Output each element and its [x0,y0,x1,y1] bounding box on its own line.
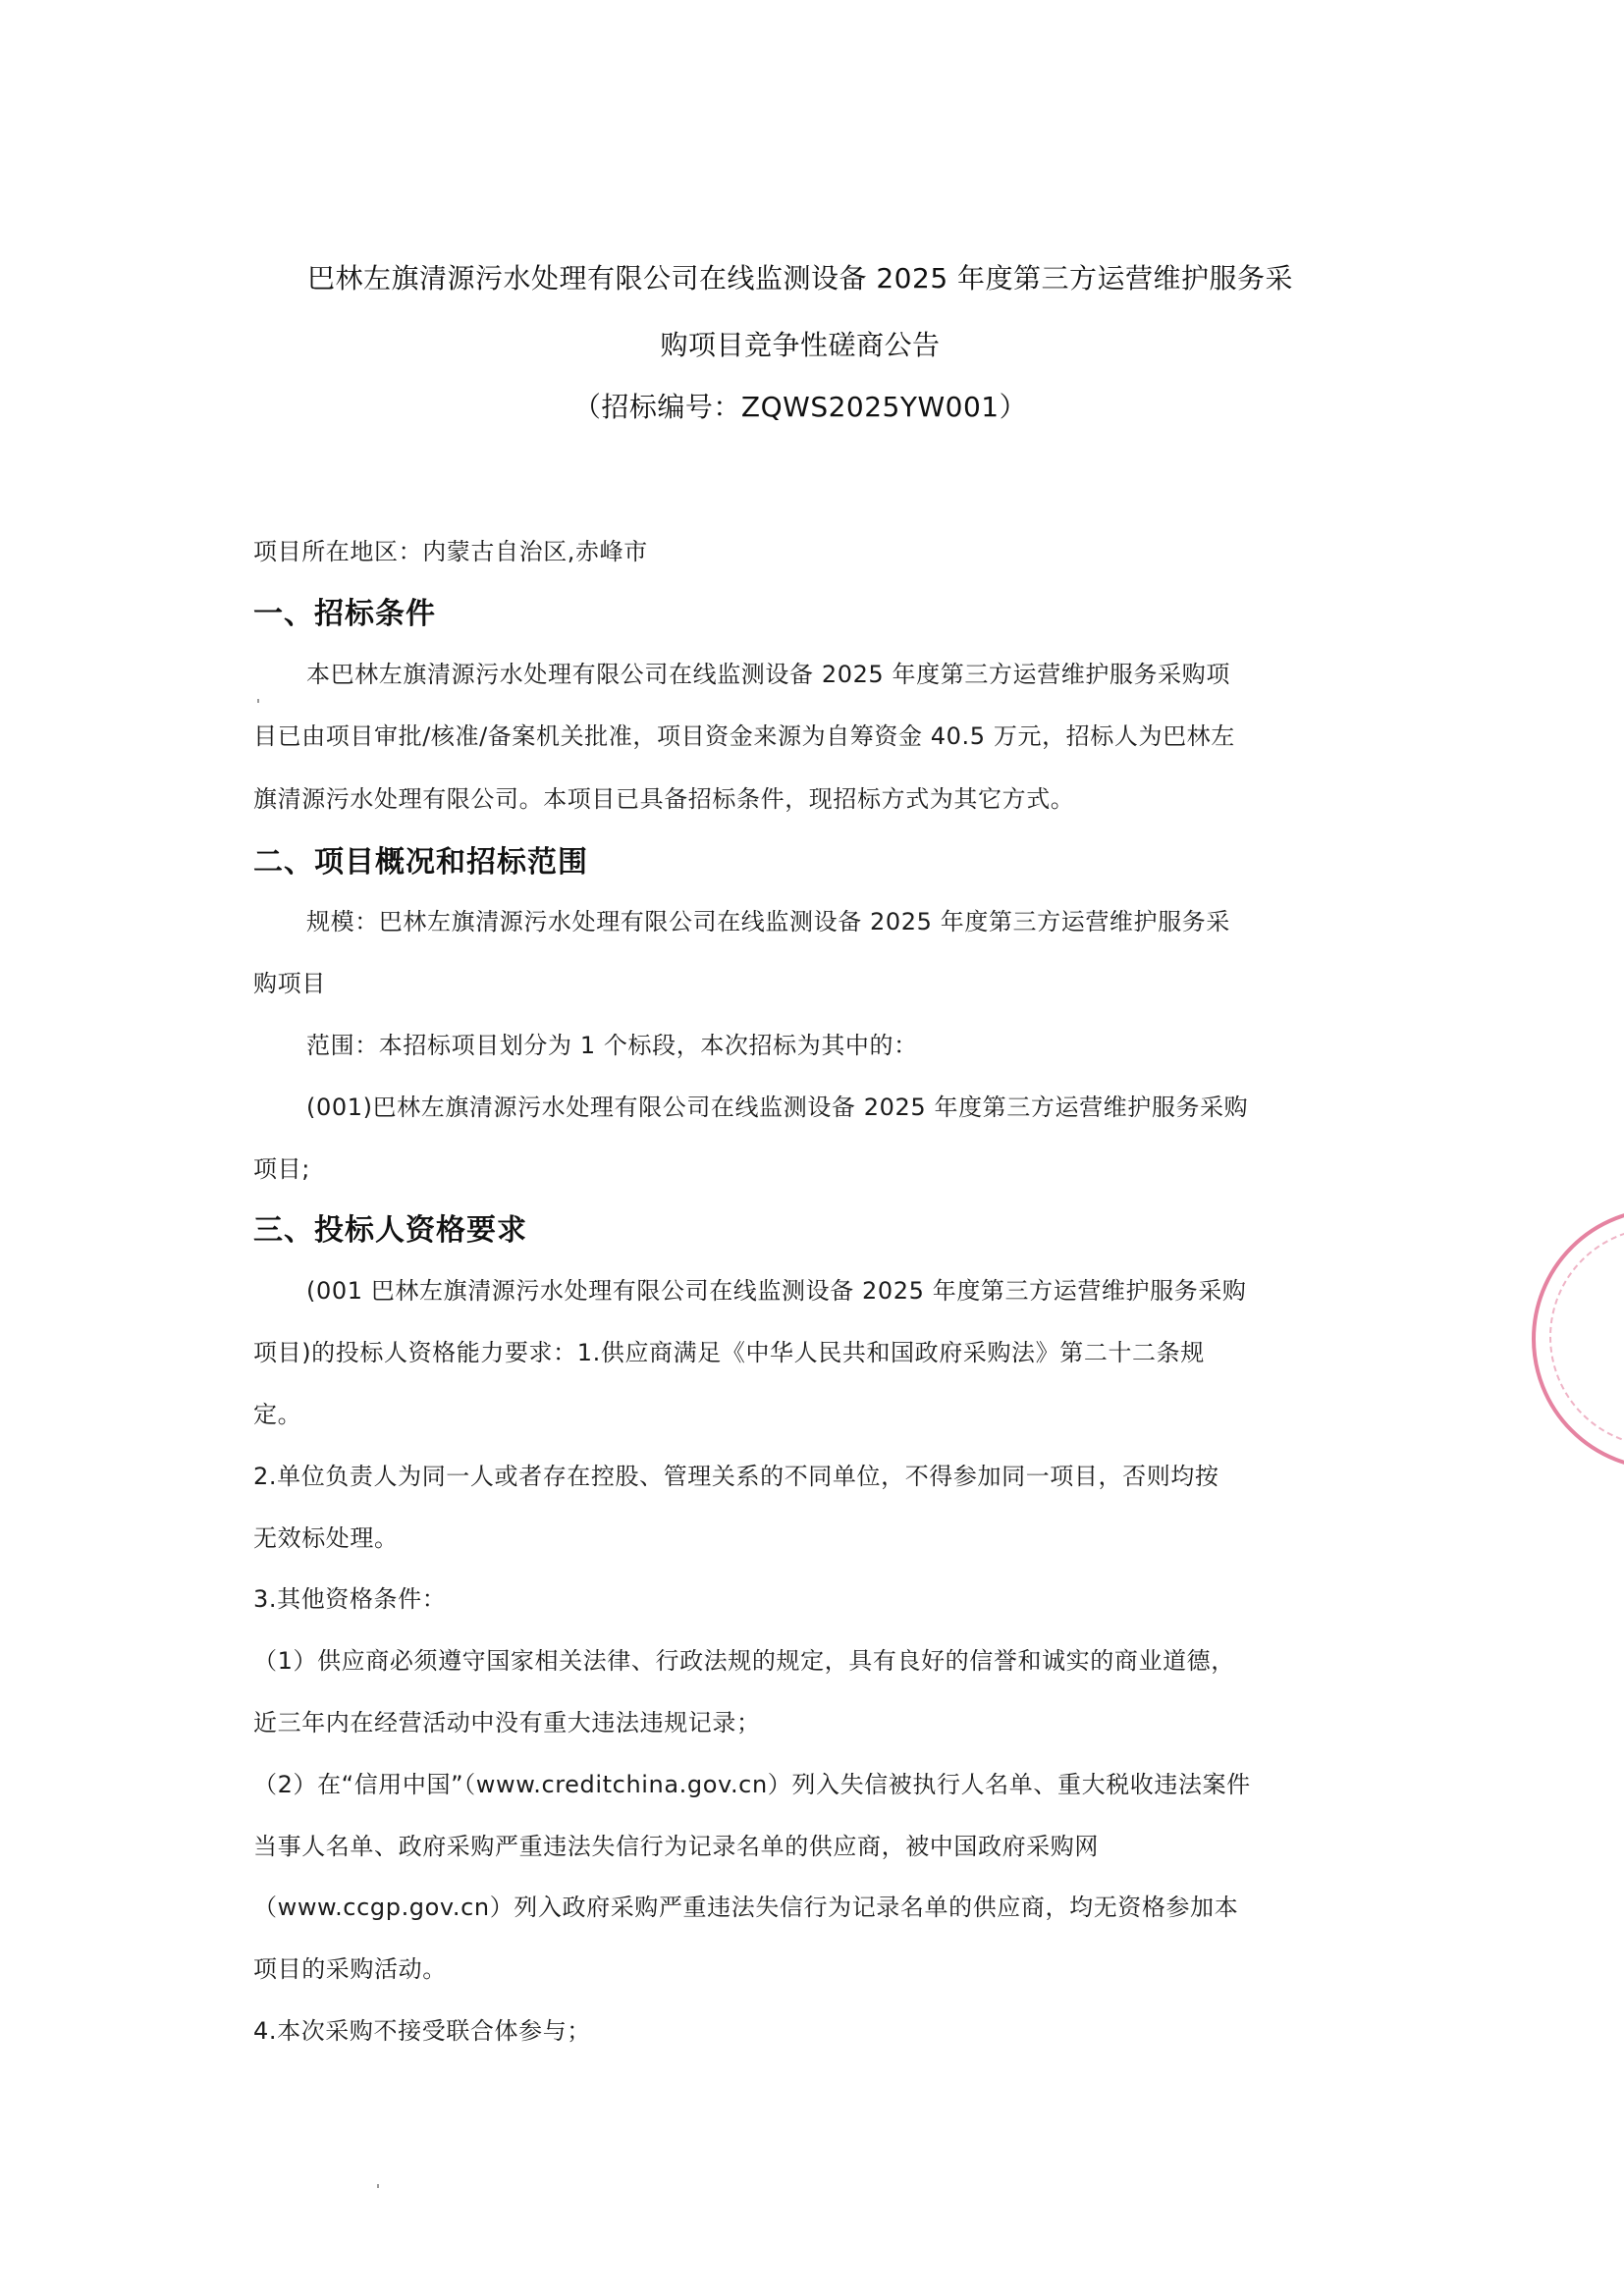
paragraph-line: (001 巴林左旗清源污水处理有限公司在线监测设备 2025 年度第三方运营维护… [306,1271,1247,1306]
paragraph-line: （1）供应商必须遵守国家相关法律、行政法规的规定，具有良好的信誉和诚实的商业道德… [253,1641,1235,1676]
paragraph-line: 旗清源污水处理有限公司。本项目已具备招标条件，现招标方式为其它方式。 [253,779,1074,814]
document-page: 巴林左旗清源污水处理有限公司在线监测设备 2025 年度第三方运营维护服务采 购… [0,0,1624,2296]
paragraph-line: (001)巴林左旗清源污水处理有限公司在线监测设备 2025 年度第三方运营维护… [306,1088,1248,1122]
paragraph-line: 2.单位负责人为同一人或者存在控股、管理关系的不同单位，不得参加同一项目，否则均… [253,1457,1219,1491]
paragraph-line: 规模：巴林左旗清源污水处理有限公司在线监测设备 2025 年度第三方运营维护服务… [306,902,1230,936]
section-heading-bidder-qualifications: 三、投标人资格要求 [253,1205,527,1249]
paragraph-line: 无效标处理。 [253,1519,399,1553]
paragraph-line: 当事人名单、政府采购严重违法失信行为记录名单的供应商，被中国政府采购网 [253,1827,1099,1861]
paragraph-line: 4.本次采购不接受联合体参与； [253,2011,591,2046]
paragraph-line: （2）在“信用中国”（www.creditchina.gov.cn）列入失信被执… [253,1765,1251,1799]
paragraph-line: 购项目 [253,964,326,998]
paragraph-line: 本巴林左旗清源污水处理有限公司在线监测设备 2025 年度第三方运营维护服务采购… [306,655,1230,689]
paragraph-line: 项目的采购活动。 [253,1949,447,1984]
scan-speck [257,699,259,703]
paragraph-line: 3.其他资格条件： [253,1579,446,1614]
project-location: 项目所在地区：内蒙古自治区,赤峰市 [253,532,648,566]
paragraph-line: 项目)的投标人资格能力要求：1.供应商满足《中华人民共和国政府采购法》第二十二条… [253,1333,1205,1367]
document-title-line-1: 巴林左旗清源污水处理有限公司在线监测设备 2025 年度第三方运营维护服务采 [236,257,1365,296]
section-heading-project-overview: 二、项目概况和招标范围 [253,837,588,881]
document-title-line-2: 购项目竞争性磋商公告 [236,324,1365,363]
paragraph-line: 项目; [253,1149,310,1184]
scan-speck [377,2184,379,2188]
paragraph-line: 目已由项目审批/核准/备案机关批准，项目资金来源为自筹资金 40.5 万元，招标… [253,717,1235,751]
paragraph-line: 定。 [253,1395,301,1429]
paragraph-line: （www.ccgp.gov.cn）列入政府采购严重违法失信行为记录名单的供应商，… [253,1888,1238,1922]
section-heading-tender-conditions: 一、招标条件 [253,589,436,632]
paragraph-line: 范围：本招标项目划分为 1 个标段，本次招标为其中的： [306,1026,918,1060]
paragraph-line: 近三年内在经营活动中没有重大违法违规记录； [253,1703,761,1737]
tender-number: （招标编号：ZQWS2025YW001） [236,386,1365,425]
